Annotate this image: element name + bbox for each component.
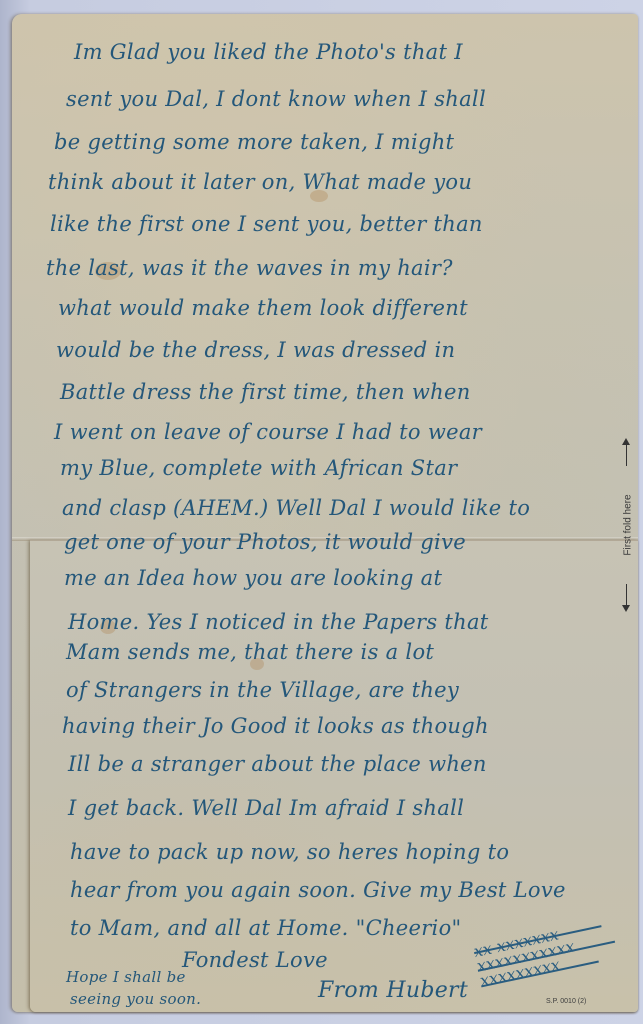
letter-line: be getting some more taken, I might (54, 130, 454, 154)
letter-line: me an Idea how you are looking at (64, 566, 442, 590)
letter-line: sent you Dal, I dont know when I shall (66, 87, 486, 111)
letter-line: think about it later on, What made you (48, 170, 472, 194)
letter-line: and clasp (AHEM.) Well Dal I would like … (62, 496, 530, 520)
letter-line: Home. Yes I noticed in the Papers that (68, 610, 489, 634)
letter-line: I went on leave of course I had to wear (54, 420, 482, 444)
letter-line: the last, was it the waves in my hair? (46, 256, 453, 280)
letter-body: Im Glad you liked the Photo's that I sen… (0, 0, 643, 1024)
form-number: S.P. 0010 (2) (546, 998, 586, 1005)
closing-salutation: Fondest Love (182, 948, 328, 972)
postscript-line: Hope I shall be (66, 968, 186, 986)
arrow-down-icon (626, 584, 627, 610)
letter-line: Battle dress the first time, then when (60, 380, 471, 404)
letter-line: get one of your Photos, it would give (64, 530, 466, 554)
letter-line: Mam sends me, that there is a lot (66, 640, 434, 664)
letter-line: to Mam, and all at Home. "Cheerio" (70, 916, 461, 940)
postscript-line: seeing you soon. (70, 990, 201, 1008)
letter-line: my Blue, complete with African Star (60, 456, 457, 480)
letter-line: having their Jo Good it looks as though (62, 714, 489, 738)
letter-line: would be the dress, I was dressed in (56, 338, 455, 362)
fold-instruction: First fold here (616, 440, 640, 610)
letter-line: I get back. Well Dal Im afraid I shall (68, 796, 464, 820)
letter-line: what would make them look different (58, 296, 468, 320)
letter-line: Ill be a stranger about the place when (68, 752, 487, 776)
arrow-up-icon (626, 440, 627, 466)
letter-line: have to pack up now, so heres hoping to (70, 840, 509, 864)
letter-line: hear from you again soon. Give my Best L… (70, 878, 566, 902)
signature: From Hubert (318, 978, 468, 1003)
letter-line: of Strangers in the Village, are they (66, 678, 459, 702)
fold-label-text: First fold here (623, 494, 634, 555)
letter-line: Im Glad you liked the Photo's that I (74, 40, 463, 64)
letter-line: like the first one I sent you, better th… (50, 212, 483, 236)
